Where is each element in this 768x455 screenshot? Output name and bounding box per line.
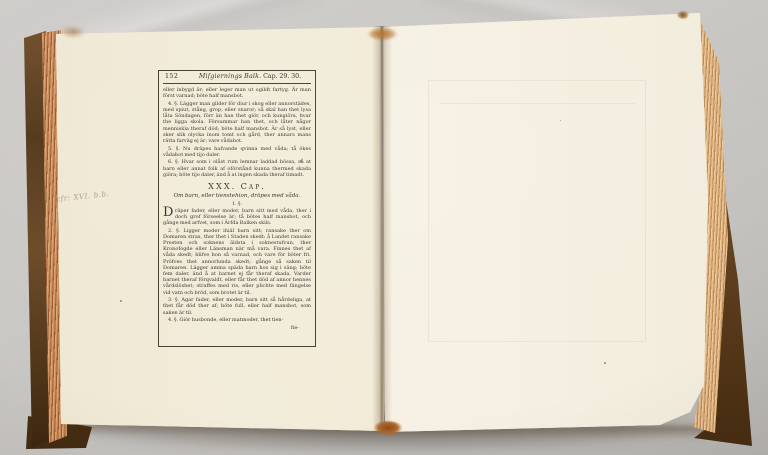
text-paragraph: 4. §. Lägger man gilder för diur i skog … — [163, 101, 311, 144]
page-number: 152 — [165, 73, 191, 81]
speck — [604, 362, 606, 364]
text-paragraph: 3. §. Agar fader, eller moder, barn sitt… — [163, 297, 311, 316]
gutter-fold — [372, 26, 392, 433]
text-paragraph: 5. §. Nu dräpes hafvande qvinna med våda… — [163, 146, 311, 158]
catchword: ſte- — [163, 325, 311, 331]
photo-background: 152 Miſgiernings Balk. Cap. 29. 30. elle… — [0, 0, 768, 455]
speck — [120, 300, 122, 302]
chapter-heading: XXX. Cap. — [163, 182, 311, 191]
section-mark: 1. §. — [163, 202, 311, 208]
chapter-ref: Cap. 29. 30. — [263, 73, 301, 80]
text-paragraph: eller inbygd är; eller leger man ut ogil… — [163, 87, 311, 99]
text-paragraph: 4. §. Giör husbonde, eller matmoder, the… — [163, 317, 311, 323]
gutter-bottom-stain — [372, 421, 404, 436]
text-paragraph: Dräper fader, eller moder, barn sitt med… — [163, 208, 311, 227]
page-showthrough — [428, 80, 646, 342]
drop-cap: D — [163, 208, 173, 219]
corner-stain — [677, 11, 690, 19]
gutter-top-stain — [368, 28, 400, 40]
speck — [300, 160, 302, 162]
page-header: 152 Miſgiernings Balk. Cap. 29. 30. — [163, 73, 311, 84]
running-title: Miſgiernings Balk. — [199, 73, 261, 80]
page-top-stain — [60, 26, 86, 38]
running-title-line: Miſgiernings Balk. Cap. 29. 30. — [191, 73, 309, 81]
chapter-subtitle: Om barn, eller tienstehion, dräpes med v… — [163, 193, 311, 200]
printed-text-block: 152 Miſgiernings Balk. Cap. 29. 30. elle… — [158, 70, 316, 347]
text-paragraph: 6. §. Hvar som i olåst rum lemnar laddad… — [163, 159, 311, 178]
paragraph-text: räper fader, eller moder, barn sitt med … — [163, 208, 311, 226]
text-paragraph: 2. §. Ligger moder ihiäl barn sitt; rans… — [163, 228, 311, 296]
